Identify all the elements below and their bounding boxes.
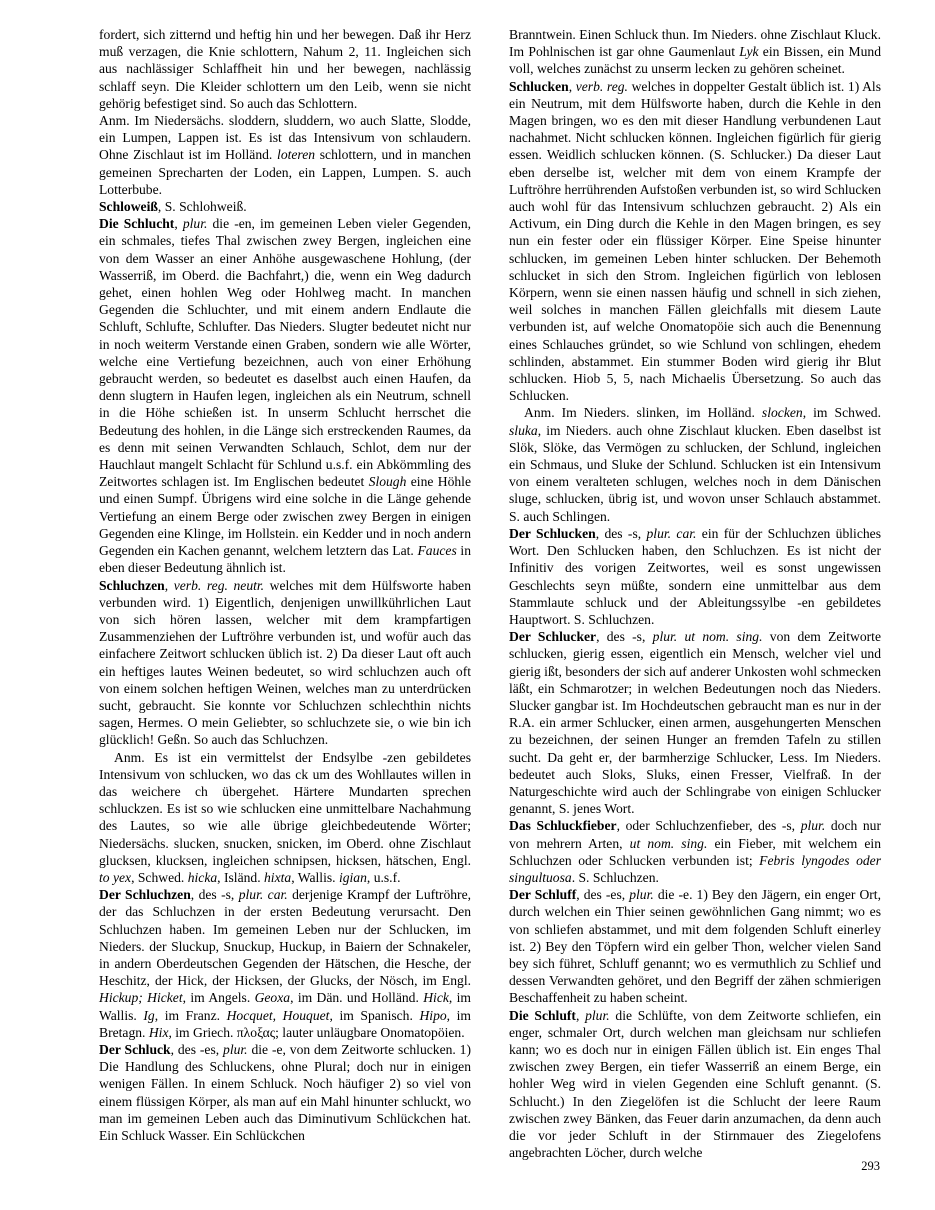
entry-der-schlucken: Der Schlucken, des -s, plur. car. ein fü… — [509, 525, 881, 628]
right-column: Branntwein. Einen Schluck thun. Im Niede… — [509, 26, 881, 1161]
entry-der-schluck: Der Schluck, des -es, plur. die -e, von … — [99, 1041, 471, 1144]
left-column: fordert, sich zitternd und heftig hin un… — [99, 26, 471, 1144]
anm-schlucken: Anm. Im Nieders. slinken, im Holländ. sl… — [509, 404, 881, 524]
entry-die-schlucht: Die Schlucht, plur. die -en, im gemeinen… — [99, 215, 471, 576]
page-number: 293 — [861, 1158, 880, 1174]
entry-das-schluckfieber: Das Schluckfieber, oder Schluchzenfieber… — [509, 817, 881, 886]
entry-der-schluchzen: Der Schluchzen, des -s, plur. car. derje… — [99, 886, 471, 1041]
anm-schluchzen: Anm. Es ist ein vermittelst der Endsylbe… — [99, 749, 471, 887]
entry-der-schlucker: Der Schlucker, des -s, plur. ut nom. sin… — [509, 628, 881, 817]
dictionary-page: fordert, sich zitternd und heftig hin un… — [0, 0, 935, 1210]
continuation-schlottern: fordert, sich zitternd und heftig hin un… — [99, 26, 471, 112]
entry-die-schluft: Die Schluft, plur. die Schlüfte, von dem… — [509, 1007, 881, 1162]
anm-schlottern: Anm. Im Niedersächs. sloddern, sluddern,… — [99, 112, 471, 198]
entry-schluchzen: Schluchzen, verb. reg. neutr. welches mi… — [99, 577, 471, 749]
entry-schloweiss: Schloweiß, S. Schlohweiß. — [99, 198, 471, 215]
entry-schlucken: Schlucken, verb. reg. welches in doppelt… — [509, 78, 881, 405]
continuation-der-schluck: Branntwein. Einen Schluck thun. Im Niede… — [509, 26, 881, 78]
entry-der-schluff: Der Schluff, des -es, plur. die -e. 1) B… — [509, 886, 881, 1006]
